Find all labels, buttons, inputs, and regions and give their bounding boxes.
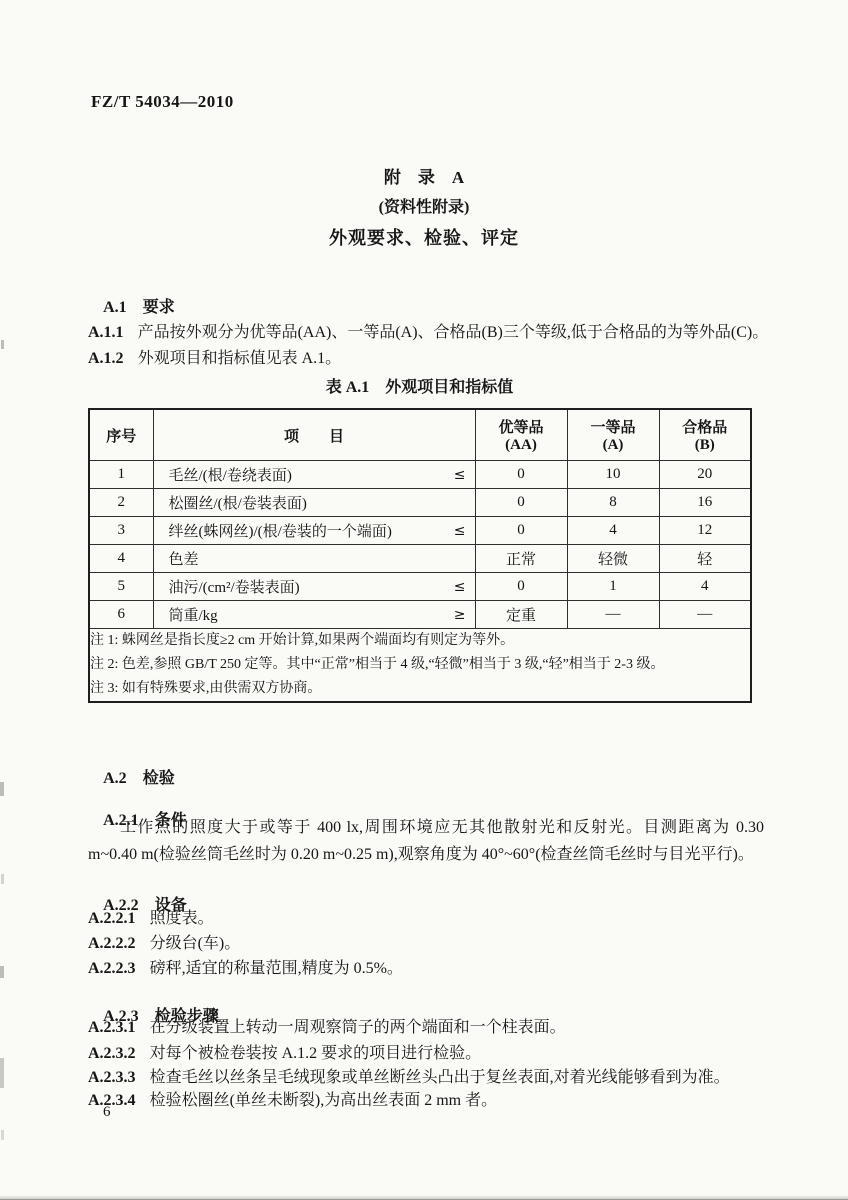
clause-text: 照度表。 bbox=[150, 910, 214, 927]
clause-text: 检验松圈丝(单丝未断裂),为高出丝表面 2 mm 者。 bbox=[150, 1092, 498, 1109]
col-header-grade-b: 合格品 (B) bbox=[659, 409, 751, 461]
table-notes-row: 注 1: 蛛网丝是指长度≥2 cm 开始计算,如果两个端面均有则定为等外。 注 … bbox=[89, 629, 751, 703]
table-note: 注 1: 蛛网丝是指长度≥2 cm 开始计算,如果两个端面均有则定为等外。 bbox=[90, 629, 750, 653]
clause-number: A.2.2.1 bbox=[88, 910, 136, 927]
clause-a2-3-1: A.2.3.1在分级装置上转动一周观察筒子的两个端面和一个柱表面。 bbox=[88, 1014, 566, 1037]
item-label: 色差 bbox=[169, 548, 199, 569]
scan-artifact bbox=[1, 1130, 4, 1140]
relation-symbol: ≥ bbox=[454, 607, 466, 623]
item-label: 油污/(cm²/卷装表面) bbox=[169, 576, 300, 597]
clause-number: A.2.2.2 bbox=[88, 935, 136, 952]
clause-text: 磅秤,适宜的称量范围,精度为 0.5%。 bbox=[150, 960, 403, 977]
clause-a2-3-4: A.2.3.4检验松圈丝(单丝未断裂),为高出丝表面 2 mm 者。 bbox=[88, 1087, 497, 1110]
clause-number: A.1.2 bbox=[88, 350, 124, 367]
table-header-row: 序号 项 目 优等品 (AA) 一等品 (A) 合格品 (B) bbox=[89, 409, 751, 461]
clause-number: A.2.3.1 bbox=[88, 1019, 136, 1036]
clause-number: A.2.3.3 bbox=[88, 1069, 136, 1086]
appendix-title-block: 附 录 A (资料性附录) 外观要求、检验、评定 bbox=[0, 163, 848, 253]
item-label: 筒重/kg bbox=[169, 604, 218, 625]
table-note: 注 2: 色差,参照 GB/T 250 定等。其中“正常”相当于 4 级,“轻微… bbox=[90, 653, 750, 677]
table-caption: 表 A.1 外观项目和指标值 bbox=[88, 374, 751, 397]
appendix-heading: 外观要求、检验、评定 bbox=[0, 223, 848, 253]
paragraph-a2-1: 工作点的照度大于或等于 400 lx,周围环境应无其他散射光和反射光。目测距离为… bbox=[88, 814, 764, 868]
clause-text: 外观项目和指标值见表 A.1。 bbox=[138, 350, 342, 367]
clause-a2-2-1: A.2.2.1照度表。 bbox=[88, 905, 214, 928]
col-header-grade-aa: 优等品 (AA) bbox=[475, 409, 567, 461]
clause-number: A.2.3.2 bbox=[88, 1045, 136, 1062]
clause-a2-3-3: A.2.3.3检查毛丝以丝条呈毛绒现象或单丝断丝头凸出于复丝表面,对着光线能够看… bbox=[88, 1064, 730, 1087]
clause-text: 对每个被检卷装按 A.1.2 要求的项目进行检验。 bbox=[150, 1045, 482, 1062]
item-label: 毛丝/(根/卷绕表面) bbox=[169, 464, 292, 485]
scan-artifact bbox=[1, 874, 4, 884]
clause-text: 在分级装置上转动一周观察筒子的两个端面和一个柱表面。 bbox=[150, 1019, 566, 1036]
doc-number: FZ/T 54034—2010 bbox=[91, 92, 234, 112]
table-a1: 序号 项 目 优等品 (AA) 一等品 (A) 合格品 (B) 1 毛丝/(根/… bbox=[88, 408, 752, 703]
clause-text: 分级台(车)。 bbox=[150, 935, 241, 952]
scan-artifact bbox=[0, 966, 4, 978]
table-row: 3 绊丝(蛛网丝)/(根/卷装的一个端面)≤ 0 4 12 bbox=[89, 517, 751, 545]
scan-artifact bbox=[0, 782, 4, 796]
appendix-subtitle: (资料性附录) bbox=[0, 193, 848, 223]
scan-artifact bbox=[0, 1058, 4, 1088]
clause-a2-2-3: A.2.2.3磅秤,适宜的称量范围,精度为 0.5%。 bbox=[88, 955, 403, 978]
col-header-grade-a: 一等品 (A) bbox=[567, 409, 659, 461]
page-number: 6 bbox=[103, 1104, 111, 1121]
document-page: FZ/T 54034—2010 附 录 A (资料性附录) 外观要求、检验、评定… bbox=[0, 0, 848, 1200]
table-row: 2 松圈丝/(根/卷装表面) 0 8 16 bbox=[89, 489, 751, 517]
relation-symbol: ≤ bbox=[454, 523, 466, 539]
heading-number: A.1 bbox=[103, 299, 127, 316]
col-header-seq: 序号 bbox=[89, 409, 153, 461]
heading-number: A.2 bbox=[103, 770, 127, 787]
col-header-item: 项 目 bbox=[153, 409, 475, 461]
table-row: 6 筒重/kg≥ 定重 — — bbox=[89, 601, 751, 629]
clause-a1-1: A.1.1产品按外观分为优等品(AA)、一等品(A)、合格品(B)三个等级,低于… bbox=[88, 319, 768, 342]
relation-symbol: ≤ bbox=[454, 579, 466, 595]
scan-artifact bbox=[1, 340, 4, 349]
clause-text: 产品按外观分为优等品(AA)、一等品(A)、合格品(B)三个等级,低于合格品的为… bbox=[138, 324, 769, 341]
item-label: 松圈丝/(根/卷装表面) bbox=[169, 492, 307, 513]
relation-symbol: ≤ bbox=[454, 467, 466, 483]
appendix-title: 附 录 A bbox=[0, 163, 848, 193]
clause-a2-2-2: A.2.2.2分级台(车)。 bbox=[88, 930, 240, 953]
clause-a2-3-2: A.2.3.2对每个被检卷装按 A.1.2 要求的项目进行检验。 bbox=[88, 1040, 481, 1063]
table-note: 注 3: 如有特殊要求,由供需双方协商。 bbox=[90, 677, 750, 701]
clause-text: 检查毛丝以丝条呈毛绒现象或单丝断丝头凸出于复丝表面,对着光线能够看到为准。 bbox=[150, 1069, 730, 1086]
clause-a1-2: A.1.2外观项目和指标值见表 A.1。 bbox=[88, 345, 341, 368]
item-label: 绊丝(蛛网丝)/(根/卷装的一个端面) bbox=[169, 520, 392, 541]
table-row: 5 油污/(cm²/卷装表面)≤ 0 1 4 bbox=[89, 573, 751, 601]
clause-number: A.2.3.4 bbox=[88, 1092, 136, 1109]
clause-number: A.2.2.3 bbox=[88, 960, 136, 977]
heading-title: 检验 bbox=[143, 770, 175, 787]
table-row: 4 色差 正常 轻微 轻 bbox=[89, 545, 751, 573]
heading-title: 要求 bbox=[143, 299, 175, 316]
clause-number: A.1.1 bbox=[88, 324, 124, 341]
table-row: 1 毛丝/(根/卷绕表面)≤ 0 10 20 bbox=[89, 461, 751, 489]
